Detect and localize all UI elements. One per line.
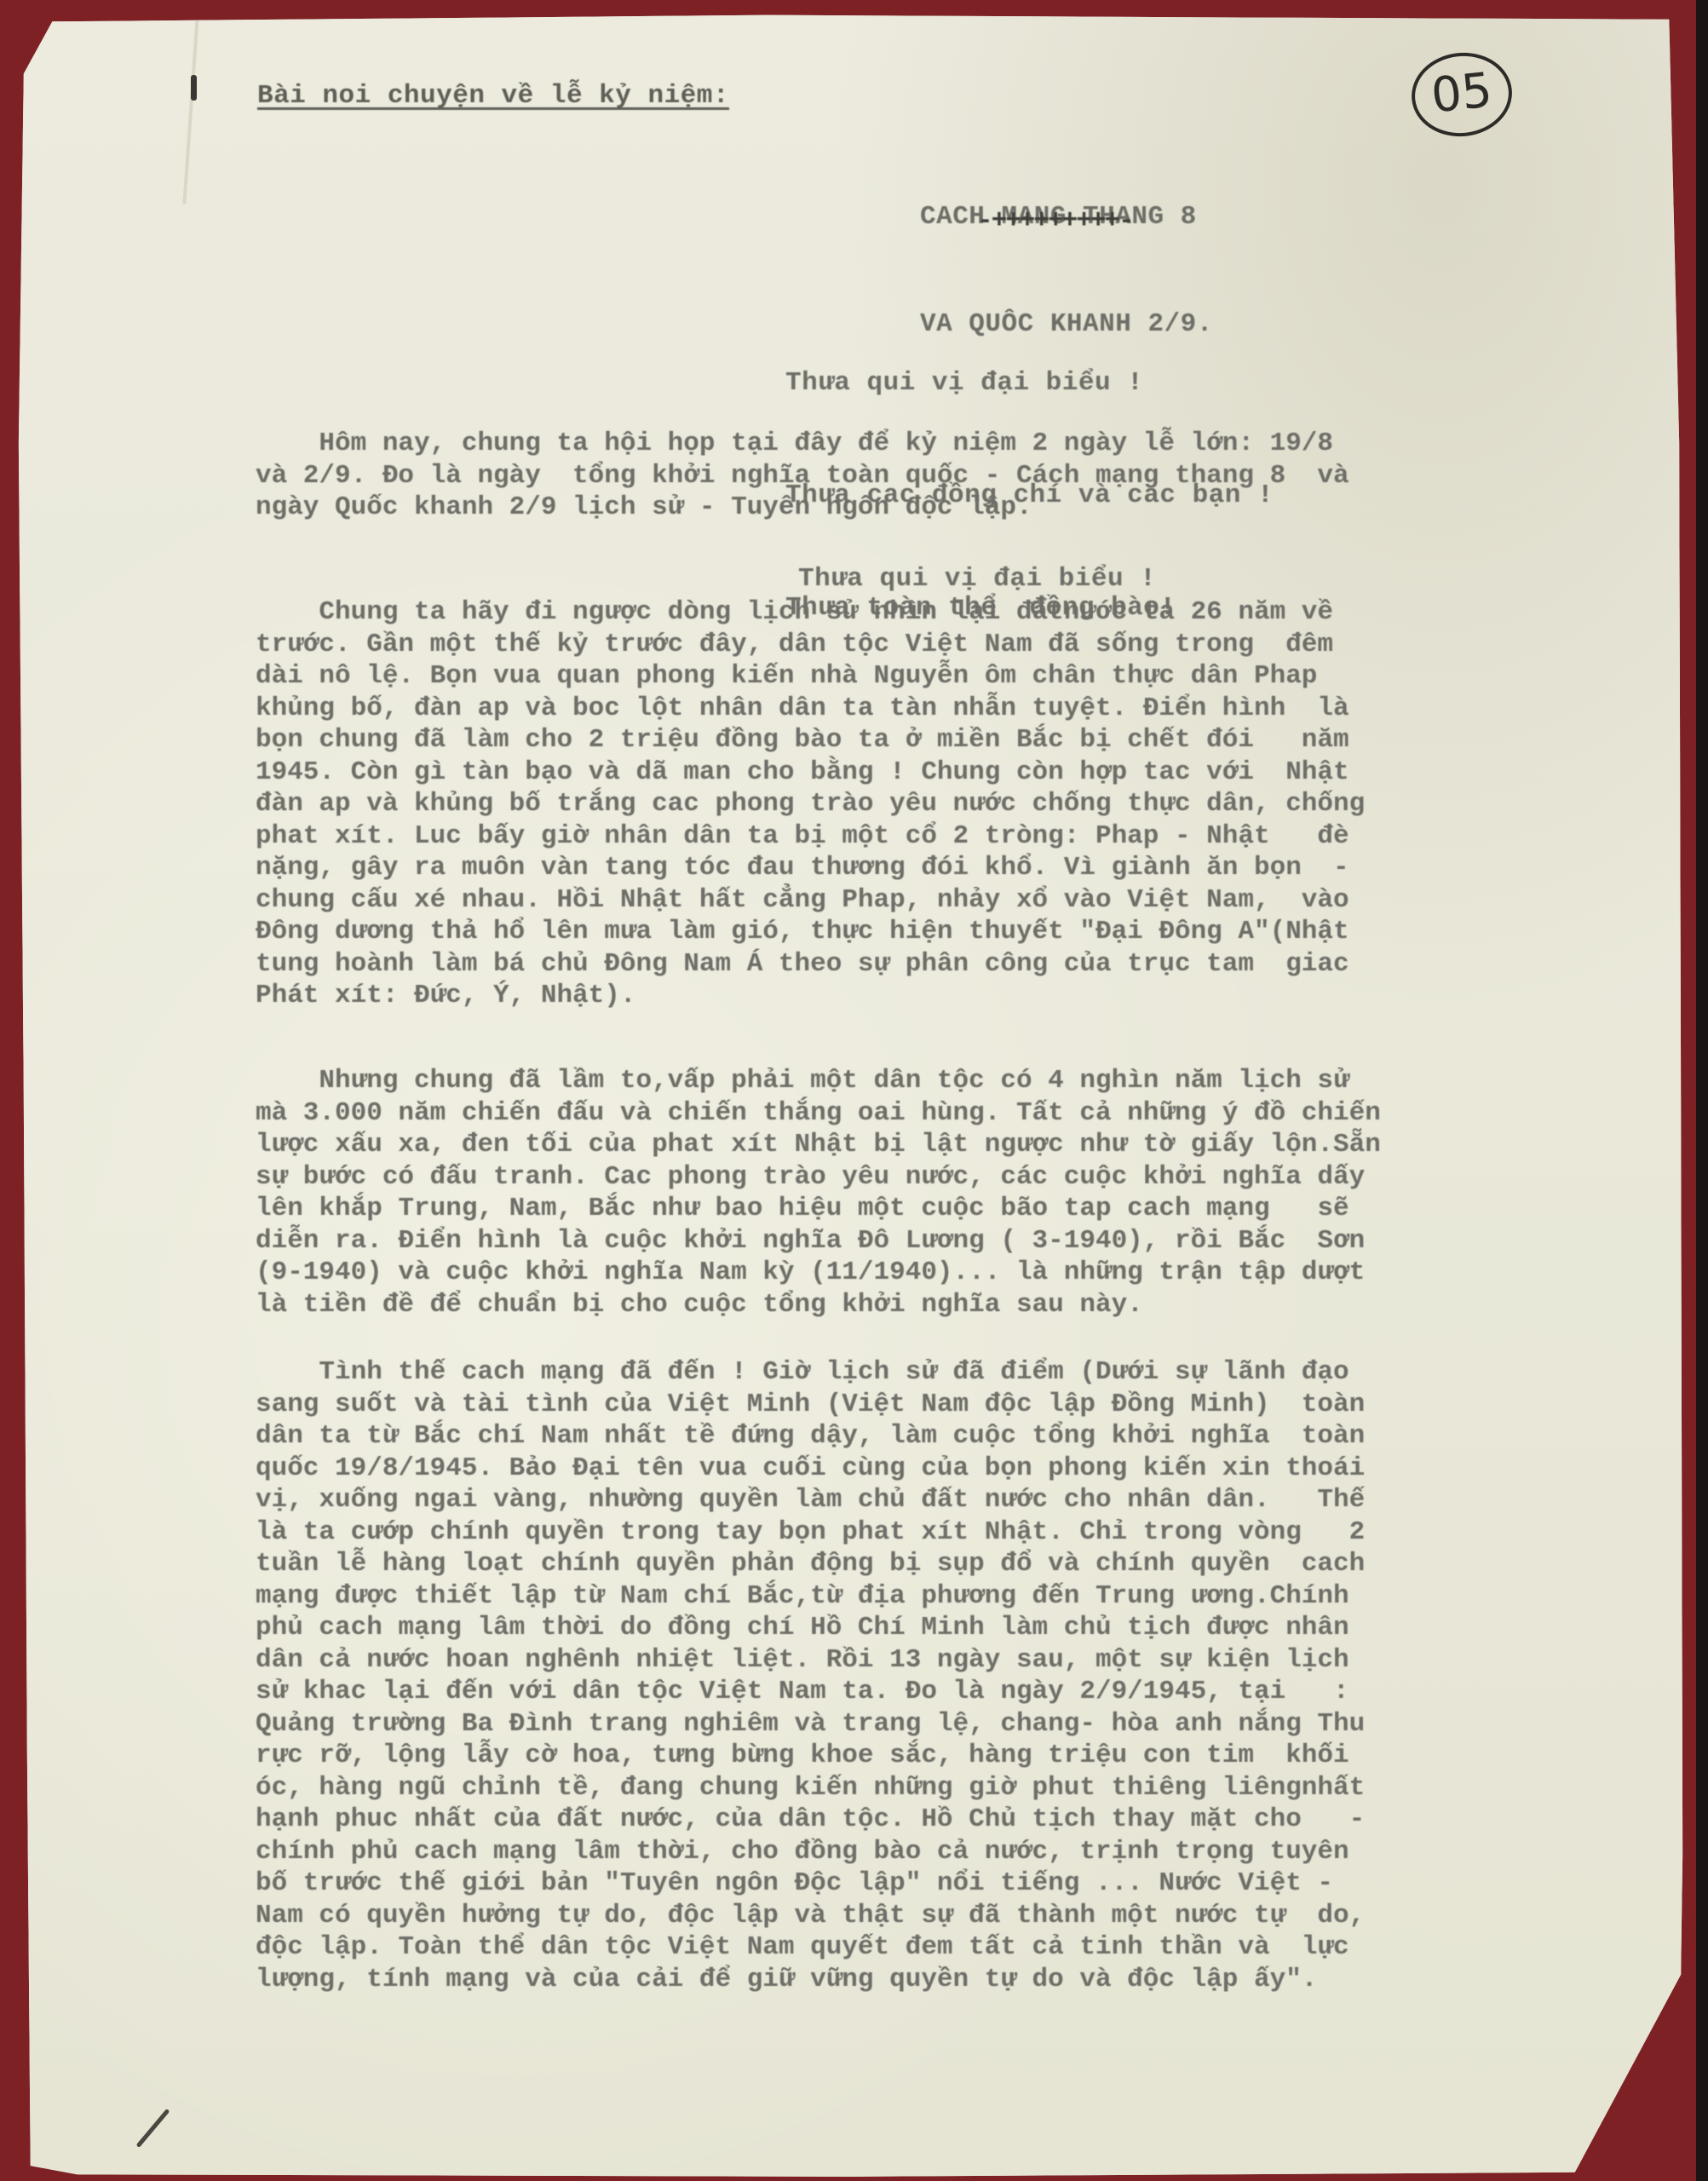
paragraph-line: độc lập. Toàn thể dân tộc Việt Nam quyết…: [256, 1931, 1584, 1964]
paragraph-line: vị, xuống ngai vàng, nhường quyền làm ch…: [256, 1484, 1584, 1516]
paragraph-line: Nam có quyền hưởng tự do, độc lập và thậ…: [256, 1900, 1584, 1932]
speech-heading: Bài noi chuyện về lễ kỷ niệm:: [257, 81, 729, 111]
paragraph-2: Chung ta hãy đi ngược dòng lịch sử nhìn …: [256, 596, 1584, 1012]
paragraph-line: mà 3.000 năm chiến đấu và chiến thắng oa…: [256, 1097, 1584, 1130]
paragraph-line: phat xít. Luc bấy giờ nhân dân ta bị một…: [256, 820, 1584, 853]
typewritten-page: Bài noi chuyện về lễ kỷ niệm: 05 CACH MA…: [10, 9, 1693, 2181]
paragraph-line: sử khac lại đến với dân tộc Việt Nam ta.…: [256, 1676, 1584, 1708]
paragraph-line: lượng, tính mạng và của cải để giữ vững …: [256, 1964, 1584, 1996]
paragraph-line: bọn chung đã làm cho 2 triệu đồng bào ta…: [256, 724, 1584, 757]
paragraph-line: là tiền đề để chuẩn bị cho cuộc tổng khở…: [256, 1289, 1584, 1321]
paragraph-line: sang suốt và tài tình của Việt Minh (Việ…: [256, 1389, 1584, 1421]
paragraph-line: ngày Quốc khanh 2/9 lịch sử - Tuyên ngôn…: [256, 492, 1584, 524]
title-divider: -+++++++++-: [977, 206, 1133, 236]
circled-page-number: 05: [1407, 48, 1516, 141]
paragraph-line: dài nô lệ. Bọn vua quan phong kiến nhà N…: [256, 660, 1584, 693]
paragraph-line: Hôm nay, chung ta hội họp tại đây để kỷ …: [256, 428, 1584, 460]
salutation-line-1: Thưa qui vị đại biểu !: [785, 365, 1274, 402]
paragraph-line: bố trước thế giới bản "Tuyên ngôn Độc lậ…: [256, 1867, 1584, 1900]
paragraph-line: (9-1940) và cuộc khởi nghĩa Nam kỳ (11/1…: [256, 1257, 1584, 1289]
paragraph-line: diễn ra. Điển hình là cuộc khởi nghĩa Đô…: [256, 1225, 1584, 1257]
paragraph-line: lên khắp Trung, Nam, Bắc như bao hiệu mộ…: [256, 1193, 1584, 1225]
paragraph-line: đàn ap và khủng bố trắng cac phong trào …: [256, 788, 1584, 820]
dark-edge-strip: [1696, 0, 1708, 2181]
paragraph-line: Chung ta hãy đi ngược dòng lịch sử nhìn …: [256, 596, 1584, 629]
paragraph-line: Tình thế cach mạng đã đến ! Giờ lịch sử …: [256, 1356, 1584, 1389]
paragraph-line: trước. Gần một thế kỷ trước đây, dân tộc…: [256, 629, 1584, 661]
paragraph-line: lược xấu xa, đen tối của phat xít Nhật b…: [256, 1129, 1584, 1161]
paragraph-3: Nhưng chung đã lầm to,vấp phải một dân t…: [256, 1065, 1584, 1321]
paragraph-line: 1945. Còn gì tàn bạo và dã man cho bằng …: [256, 757, 1584, 789]
paragraph-line: khủng bố, đàn ap và boc lột nhân dân ta …: [256, 693, 1584, 725]
margin-ink-mark: [191, 75, 197, 101]
paragraph-line: và 2/9. Đo là ngày tổng khởi nghĩa toàn …: [256, 460, 1584, 492]
paragraph-line: mạng được thiết lập từ Nam chí Bắc,từ đị…: [256, 1580, 1584, 1613]
paragraph-line: chung cấu xé nhau. Hồi Nhật hất cẳng Pha…: [256, 884, 1584, 917]
pencil-mark: [136, 2109, 170, 2148]
paragraph-line: là ta cướp chính quyền trong tay bọn pha…: [256, 1516, 1584, 1549]
paragraph-1: Hôm nay, chung ta hội họp tại đây để kỷ …: [256, 428, 1584, 524]
paragraph-line: tung hoành làm bá chủ Đông Nam Á theo sự…: [256, 948, 1584, 981]
paragraph-line: quốc 19/8/1945. Bảo Đại tên vua cuối cùn…: [256, 1453, 1584, 1485]
paragraph-line: hạnh phuc nhất của đất nước, của dân tộc…: [256, 1804, 1584, 1836]
paragraph-4: Tình thế cach mạng đã đến ! Giờ lịch sử …: [256, 1356, 1584, 1995]
paragraph-line: dân cả nước hoan nghênh nhiệt liệt. Rồi …: [256, 1644, 1584, 1677]
paragraph-line: chính phủ cach mạng lâm thời, cho đồng b…: [256, 1836, 1584, 1868]
paragraph-line: Nhưng chung đã lầm to,vấp phải một dân t…: [256, 1065, 1584, 1097]
paragraph-line: Quảng trường Ba Đình trang nghiêm và tra…: [256, 1708, 1584, 1741]
paragraph-line: sự bước có đấu tranh. Cac phong trào yêu…: [256, 1161, 1584, 1194]
paragraph-line: dân ta từ Bắc chí Nam nhất tề đứng dậy, …: [256, 1420, 1584, 1453]
paragraph-line: rực rỡ, lộng lẫy cờ hoa, tưng bừng khoe …: [256, 1740, 1584, 1772]
paragraph-line: Đông dương thả hổ lên mưa làm gió, thực …: [256, 916, 1584, 948]
paragraph-line: phủ cach mạng lâm thời do đồng chí Hồ Ch…: [256, 1612, 1584, 1644]
paragraph-line: óc, hàng ngũ chỉnh tề, đang chung kiến n…: [256, 1772, 1584, 1804]
paragraph-line: tuần lễ hàng loạt chính quyền phản động …: [256, 1548, 1584, 1580]
second-salutation: Thưa qui vị đại biểu !: [798, 564, 1156, 594]
paper-fold-crease: [182, 17, 198, 204]
paragraph-line: Phát xít: Đức, Ý, Nhật).: [256, 980, 1584, 1012]
paragraph-line: nặng, gây ra muôn vàn tang tóc đau thươn…: [256, 852, 1584, 884]
